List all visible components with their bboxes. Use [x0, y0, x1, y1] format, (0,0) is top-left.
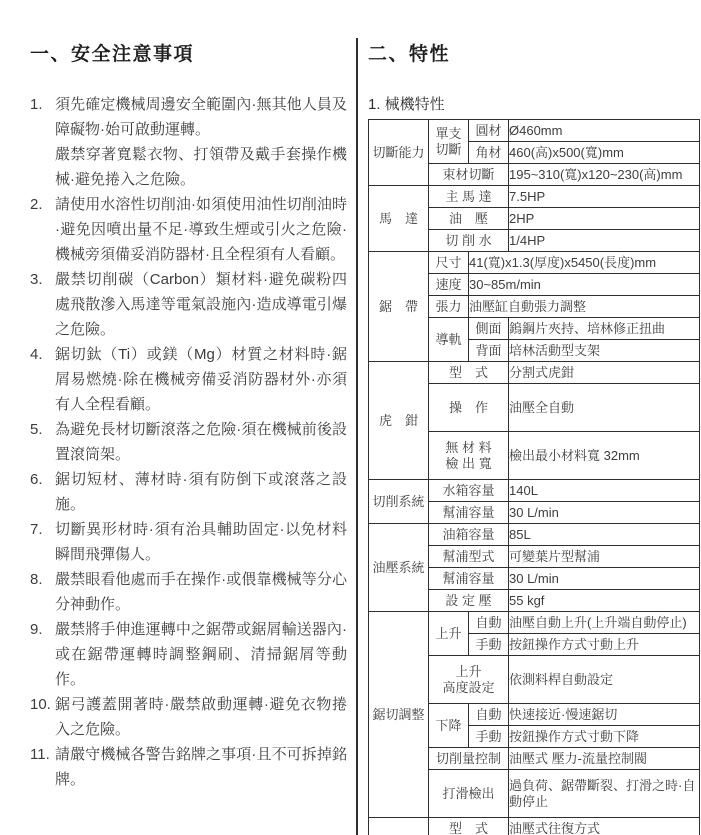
- spec-label-cell: 單支 切斷: [429, 120, 469, 164]
- spec-value-cell: 油壓式 壓力-流量控制閥: [509, 748, 700, 770]
- spec-label-cell: 手動: [469, 726, 509, 748]
- spec-value-cell: 按鈕操作方式寸動下降: [509, 726, 700, 748]
- safety-item: 5.為避免長材切斷滾落之危險·須在機械前後設置滾筒架。: [30, 417, 347, 467]
- spec-value-cell: 140L: [509, 480, 700, 502]
- item-text: 嚴禁切削碳（Carbon）類材料·避免碳粉四處飛散滲入馬達等電氣設施內·造成導電…: [55, 267, 347, 342]
- item-paragraph: 鋸切鈦（Ti）或鎂（Mg）材質之材料時·鋸屑易燃燒·除在機械旁備妥消防器材外·亦…: [55, 342, 347, 417]
- item-text: 為避免長材切斷滾落之危險·須在機械前後設置滾筒架。: [55, 417, 347, 467]
- spec-value-cell: 30 L/min: [509, 568, 700, 590]
- item-text: 嚴禁將手伸進運轉中之鋸帶或鋸屑輸送器內·或在鋸帶運轉時調整鋼刷、清掃鋸屑等動作。: [55, 617, 347, 692]
- item-number: 10.: [30, 692, 55, 742]
- spec-label-cell: 下降: [429, 704, 469, 748]
- spec-table: 切斷能力單支 切斷圓材Ø460mm角材460(高)x500(寬)mm束材切斷19…: [368, 119, 700, 835]
- item-text: 請嚴守機械各警告銘牌之事項·且不可拆掉銘牌。: [55, 742, 347, 792]
- spec-label-cell: 油 壓: [429, 208, 509, 230]
- spec-group-cell: 油壓系統: [369, 524, 429, 612]
- spec-row: 虎 鉗型 式分割式虎鉗: [369, 362, 700, 384]
- spec-label-cell: 上升 高度設定: [429, 656, 509, 704]
- spec-group-cell: 切削系統: [369, 480, 429, 524]
- spec-row: 切削系統水箱容量140L: [369, 480, 700, 502]
- safety-section: 一、安全注意事項 1.須先確定機械周邊安全範圍內·無其他人員及障礙物·始可啟動運…: [30, 44, 347, 792]
- spec-label-cell: 張力: [429, 296, 469, 318]
- safety-item: 3.嚴禁切削碳（Carbon）類材料·避免碳粉四處飛散滲入馬達等電氣設施內·造成…: [30, 267, 347, 342]
- spec-value-cell: 460(高)x500(寬)mm: [509, 142, 700, 164]
- spec-row: 油壓系統油箱容量85L: [369, 524, 700, 546]
- spec-label-cell: 無 材 料 檢 出 寬: [429, 432, 509, 480]
- item-number: 2.: [30, 192, 55, 267]
- spec-label-cell: 水箱容量: [429, 480, 509, 502]
- spec-label-cell: 操 作: [429, 384, 509, 432]
- manual-page: 一、安全注意事項 1.須先確定機械周邊安全範圍內·無其他人員及障礙物·始可啟動運…: [0, 0, 701, 835]
- spec-label-cell: 手動: [469, 634, 509, 656]
- item-paragraph: 切斷異形材時·須有治具輔助固定·以免材料瞬間飛彈傷人。: [55, 517, 347, 567]
- item-number: 9.: [30, 617, 55, 692]
- column-divider: [356, 38, 358, 835]
- item-number: 4.: [30, 342, 55, 417]
- spec-label-cell: 角材: [469, 142, 509, 164]
- spec-group-cell: 鋸切調整: [369, 612, 429, 818]
- spec-label-cell: 上升: [429, 612, 469, 656]
- spec-value-cell: 油壓自動上升(上升端自動停止): [509, 612, 700, 634]
- item-paragraph: 鋸弓護蓋開著時·嚴禁啟動運轉·避免衣物捲入之危險。: [55, 692, 347, 742]
- spec-subtitle: 1. 械機特性: [368, 97, 701, 113]
- spec-value-cell: 依測料桿自動設定: [509, 656, 700, 704]
- spec-value-cell: 培林活動型支架: [509, 340, 700, 362]
- item-text: 鋸弓護蓋開著時·嚴禁啟動運轉·避免衣物捲入之危險。: [55, 692, 347, 742]
- spec-value-cell: 過負荷、鋸帶斷裂、打滑之時·自動停止: [509, 770, 700, 818]
- spec-label-cell: 背面: [469, 340, 509, 362]
- spec-label-cell: 切 削 水: [429, 230, 509, 252]
- spec-value-cell: 檢出最小材料寬 32mm: [509, 432, 700, 480]
- spec-label-cell: 自動: [469, 612, 509, 634]
- spec-row: 鋸 帶尺寸41(寬)x1.3(厚度)x5450(長度)mm: [369, 252, 700, 274]
- safety-item: 11.請嚴守機械各警告銘牌之事項·且不可拆掉銘牌。: [30, 742, 347, 792]
- spec-label-cell: 型 式: [429, 362, 509, 384]
- spec-label-cell: 速度: [429, 274, 469, 296]
- safety-list: 1.須先確定機械周邊安全範圍內·無其他人員及障礙物·始可啟動運轉。嚴禁穿著寬鬆衣…: [30, 92, 347, 792]
- spec-label-cell: 油箱容量: [429, 524, 509, 546]
- spec-group-cell: 鋸 帶: [369, 252, 429, 362]
- item-text: 鋸切短材、薄材時·須有防倒下或滾落之設施。: [55, 467, 347, 517]
- item-number: 11.: [30, 742, 55, 792]
- spec-value-cell: 油壓式往復方式: [509, 818, 700, 835]
- spec-value-cell: 可變葉片型幫浦: [509, 546, 700, 568]
- item-text: 須先確定機械周邊安全範圍內·無其他人員及障礙物·始可啟動運轉。嚴禁穿著寬鬆衣物、…: [55, 92, 347, 192]
- safety-item: 9.嚴禁將手伸進運轉中之鋸帶或鋸屑輸送器內·或在鋸帶運轉時調整鋼刷、清掃鋸屑等動…: [30, 617, 347, 692]
- spec-label-cell: 主 馬 達: [429, 186, 509, 208]
- safety-item: 2.請使用水溶性切削油·如須使用油性切削油時·避免因噴出量不足·導致生煙或引火之…: [30, 192, 347, 267]
- spec-row: 馬 達主 馬 達7.5HP: [369, 186, 700, 208]
- spec-row: 鋸切調整上升自動油壓自動上升(上升端自動停止): [369, 612, 700, 634]
- item-paragraph: 嚴禁將手伸進運轉中之鋸帶或鋸屑輸送器內·或在鋸帶運轉時調整鋼刷、清掃鋸屑等動作。: [55, 617, 347, 692]
- spec-label-cell: 切削量控制: [429, 748, 509, 770]
- spec-label-cell: 尺寸: [429, 252, 469, 274]
- item-paragraph: 嚴禁穿著寬鬆衣物、打領帶及戴手套操作機械·避免捲入之危險。: [55, 142, 347, 192]
- spec-value-cell: 油壓缸自動張力調整: [469, 296, 700, 318]
- spec-group-cell: 虎 鉗: [369, 362, 429, 480]
- features-title: 二、特性: [368, 44, 701, 66]
- spec-label-cell: 束材切斷: [429, 164, 509, 186]
- spec-value-cell: 41(寬)x1.3(厚度)x5450(長度)mm: [469, 252, 700, 274]
- item-text: 鋸切鈦（Ti）或鎂（Mg）材質之材料時·鋸屑易燃燒·除在機械旁備妥消防器材外·亦…: [55, 342, 347, 417]
- item-number: 6.: [30, 467, 55, 517]
- item-number: 1.: [30, 92, 55, 192]
- safety-item: 10.鋸弓護蓋開著時·嚴禁啟動運轉·避免衣物捲入之危險。: [30, 692, 347, 742]
- item-number: 8.: [30, 567, 55, 617]
- safety-item: 6.鋸切短材、薄材時·須有防倒下或滾落之設施。: [30, 467, 347, 517]
- item-text: 切斷異形材時·須有治具輔助固定·以免材料瞬間飛彈傷人。: [55, 517, 347, 567]
- item-paragraph: 嚴禁切削碳（Carbon）類材料·避免碳粉四處飛散滲入馬達等電氣設施內·造成導電…: [55, 267, 347, 342]
- spec-value-cell: 1/4HP: [509, 230, 700, 252]
- item-paragraph: 鋸切短材、薄材時·須有防倒下或滾落之設施。: [55, 467, 347, 517]
- item-text: 請使用水溶性切削油·如須使用油性切削油時·避免因噴出量不足·導致生煙或引火之危險…: [55, 192, 347, 267]
- item-number: 7.: [30, 517, 55, 567]
- spec-label-cell: 圓材: [469, 120, 509, 142]
- item-paragraph: 為避免長材切斷滾落之危險·須在機械前後設置滾筒架。: [55, 417, 347, 467]
- item-number: 5.: [30, 417, 55, 467]
- spec-group-cell: [369, 818, 429, 835]
- spec-value-cell: 55 kgf: [509, 590, 700, 612]
- spec-label-cell: 自動: [469, 704, 509, 726]
- item-paragraph: 請嚴守機械各警告銘牌之事項·且不可拆掉銘牌。: [55, 742, 347, 792]
- spec-value-cell: 油壓全自動: [509, 384, 700, 432]
- spec-group-cell: 切斷能力: [369, 120, 429, 186]
- spec-label-cell: 幫浦型式: [429, 546, 509, 568]
- spec-value-cell: 30~85m/min: [469, 274, 700, 296]
- spec-label-cell: 側面: [469, 318, 509, 340]
- item-paragraph: 請使用水溶性切削油·如須使用油性切削油時·避免因噴出量不足·導致生煙或引火之危險…: [55, 192, 347, 267]
- spec-value-cell: 快速接近·慢速鋸切: [509, 704, 700, 726]
- spec-label-cell: 設 定 壓: [429, 590, 509, 612]
- spec-table-body: 切斷能力單支 切斷圓材Ø460mm角材460(高)x500(寬)mm束材切斷19…: [369, 120, 700, 835]
- spec-value-cell: 7.5HP: [509, 186, 700, 208]
- item-text: 嚴禁眼看他處而手在操作·或偎靠機械等分心分神動作。: [55, 567, 347, 617]
- safety-item: 1.須先確定機械周邊安全範圍內·無其他人員及障礙物·始可啟動運轉。嚴禁穿著寬鬆衣…: [30, 92, 347, 192]
- safety-item: 4.鋸切鈦（Ti）或鎂（Mg）材質之材料時·鋸屑易燃燒·除在機械旁備妥消防器材外…: [30, 342, 347, 417]
- spec-value-cell: 2HP: [509, 208, 700, 230]
- spec-label-cell: 型 式: [429, 818, 509, 835]
- item-paragraph: 須先確定機械周邊安全範圍內·無其他人員及障礙物·始可啟動運轉。: [55, 92, 347, 142]
- spec-label-cell: 打滑檢出: [429, 770, 509, 818]
- spec-value-cell: 30 L/min: [509, 502, 700, 524]
- spec-group-cell: 馬 達: [369, 186, 429, 252]
- spec-value-cell: Ø460mm: [509, 120, 700, 142]
- safety-item: 7.切斷異形材時·須有治具輔助固定·以免材料瞬間飛彈傷人。: [30, 517, 347, 567]
- spec-row: 型 式油壓式往復方式: [369, 818, 700, 835]
- spec-value-cell: 85L: [509, 524, 700, 546]
- features-section: 二、特性 1. 械機特性 切斷能力單支 切斷圓材Ø460mm角材460(高)x5…: [368, 44, 701, 835]
- spec-value-cell: 分割式虎鉗: [509, 362, 700, 384]
- spec-label-cell: 導軌: [429, 318, 469, 362]
- spec-value-cell: 按鈕操作方式寸動上升: [509, 634, 700, 656]
- spec-row: 切斷能力單支 切斷圓材Ø460mm: [369, 120, 700, 142]
- item-paragraph: 嚴禁眼看他處而手在操作·或偎靠機械等分心分神動作。: [55, 567, 347, 617]
- safety-title: 一、安全注意事項: [30, 44, 347, 66]
- spec-value-cell: 195~310(寬)x120~230(高)mm: [509, 164, 700, 186]
- spec-label-cell: 幫浦容量: [429, 568, 509, 590]
- spec-value-cell: 鎢鋼片夾持、培林修正扭曲: [509, 318, 700, 340]
- item-number: 3.: [30, 267, 55, 342]
- spec-label-cell: 幫浦容量: [429, 502, 509, 524]
- safety-item: 8.嚴禁眼看他處而手在操作·或偎靠機械等分心分神動作。: [30, 567, 347, 617]
